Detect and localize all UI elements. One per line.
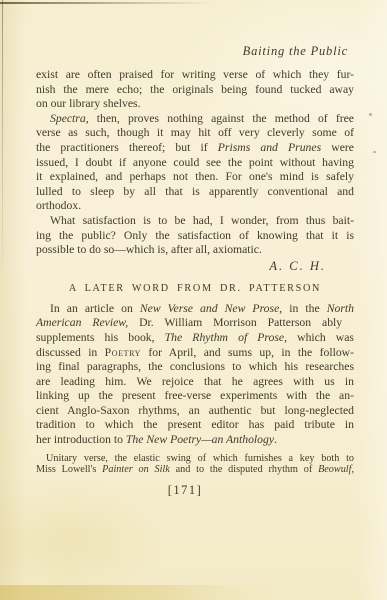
running-head: Baiting the Public	[36, 44, 354, 59]
author-initials: A. C. H.	[36, 259, 354, 274]
text-line: her introduction to The New Poetry—an An…	[36, 433, 354, 448]
page-bottom-shading	[0, 585, 387, 600]
text-line: ing the public? Only the satisfaction of…	[36, 229, 354, 244]
text-line: possible to do so—which is, after all, a…	[36, 243, 354, 258]
text-line: discussed in Poetry for April, and sums …	[36, 346, 354, 361]
text-line: American Review, Dr. William Morrison Pa…	[36, 316, 354, 331]
paper-speck	[369, 113, 372, 116]
text-line: linking up the present free-verse experi…	[36, 389, 354, 404]
text-line: What satisfaction is to be had, I wonder…	[36, 214, 354, 229]
text-line: Unitary verse, the elastic swing of whic…	[36, 453, 354, 465]
text-column: Baiting the Public exist are often prais…	[36, 44, 354, 498]
paragraph: exist are often praised for writing vers…	[36, 68, 354, 112]
text-line: the practitioners thereof; but if Prisms…	[36, 141, 354, 156]
page-number: [171]	[36, 483, 354, 498]
text-line: exist are often praised for writing vers…	[36, 68, 354, 83]
text-line: are leading him. We rejoice that he agre…	[36, 375, 354, 390]
text-line: on our library shelves.	[36, 97, 354, 112]
text-line: cient Anglo-Saxon rhythms, an authentic …	[36, 404, 354, 419]
paragraph: Spectra, then, proves nothing against th…	[36, 112, 354, 214]
section-heading: A LATER WORD FROM DR. PATTERSON	[36, 282, 354, 295]
text-line: Spectra, then, proves nothing against th…	[36, 112, 354, 127]
text-line: lulled to sleep by all that is apparentl…	[36, 185, 354, 200]
text-line: orthodox.	[36, 199, 354, 214]
text-line: tradition to which the present editor ha…	[36, 418, 354, 433]
text-line: In an article on New Verse and New Prose…	[36, 302, 354, 317]
paper-speck	[373, 151, 376, 153]
page-body: exist are often praised for writing vers…	[36, 68, 354, 476]
scanned-book-page: Baiting the Public exist are often prais…	[0, 0, 387, 600]
page-edge-line-top	[0, 2, 215, 4]
text-line: verse as such, though it may hit off ver…	[36, 126, 354, 141]
text-line: supplements his book, The Rhythm of Pros…	[36, 331, 354, 346]
paragraph: In an article on New Verse and New Prose…	[36, 302, 354, 448]
page-edge-line-left	[2, 0, 3, 320]
text-line: nish the mere echo; the originals being …	[36, 83, 354, 98]
text-line: it explained, and perhaps not then. For …	[36, 170, 354, 185]
text-line: Miss Lowell's Painter on Silk and to the…	[36, 464, 354, 476]
text-line: issued, I doubt if anyone could see the …	[36, 156, 354, 171]
paragraph: What satisfaction is to be had, I wonder…	[36, 214, 354, 258]
text-line: ing final paragraphs, the conclusions to…	[36, 360, 354, 375]
footnote: Unitary verse, the elastic swing of whic…	[36, 453, 354, 477]
